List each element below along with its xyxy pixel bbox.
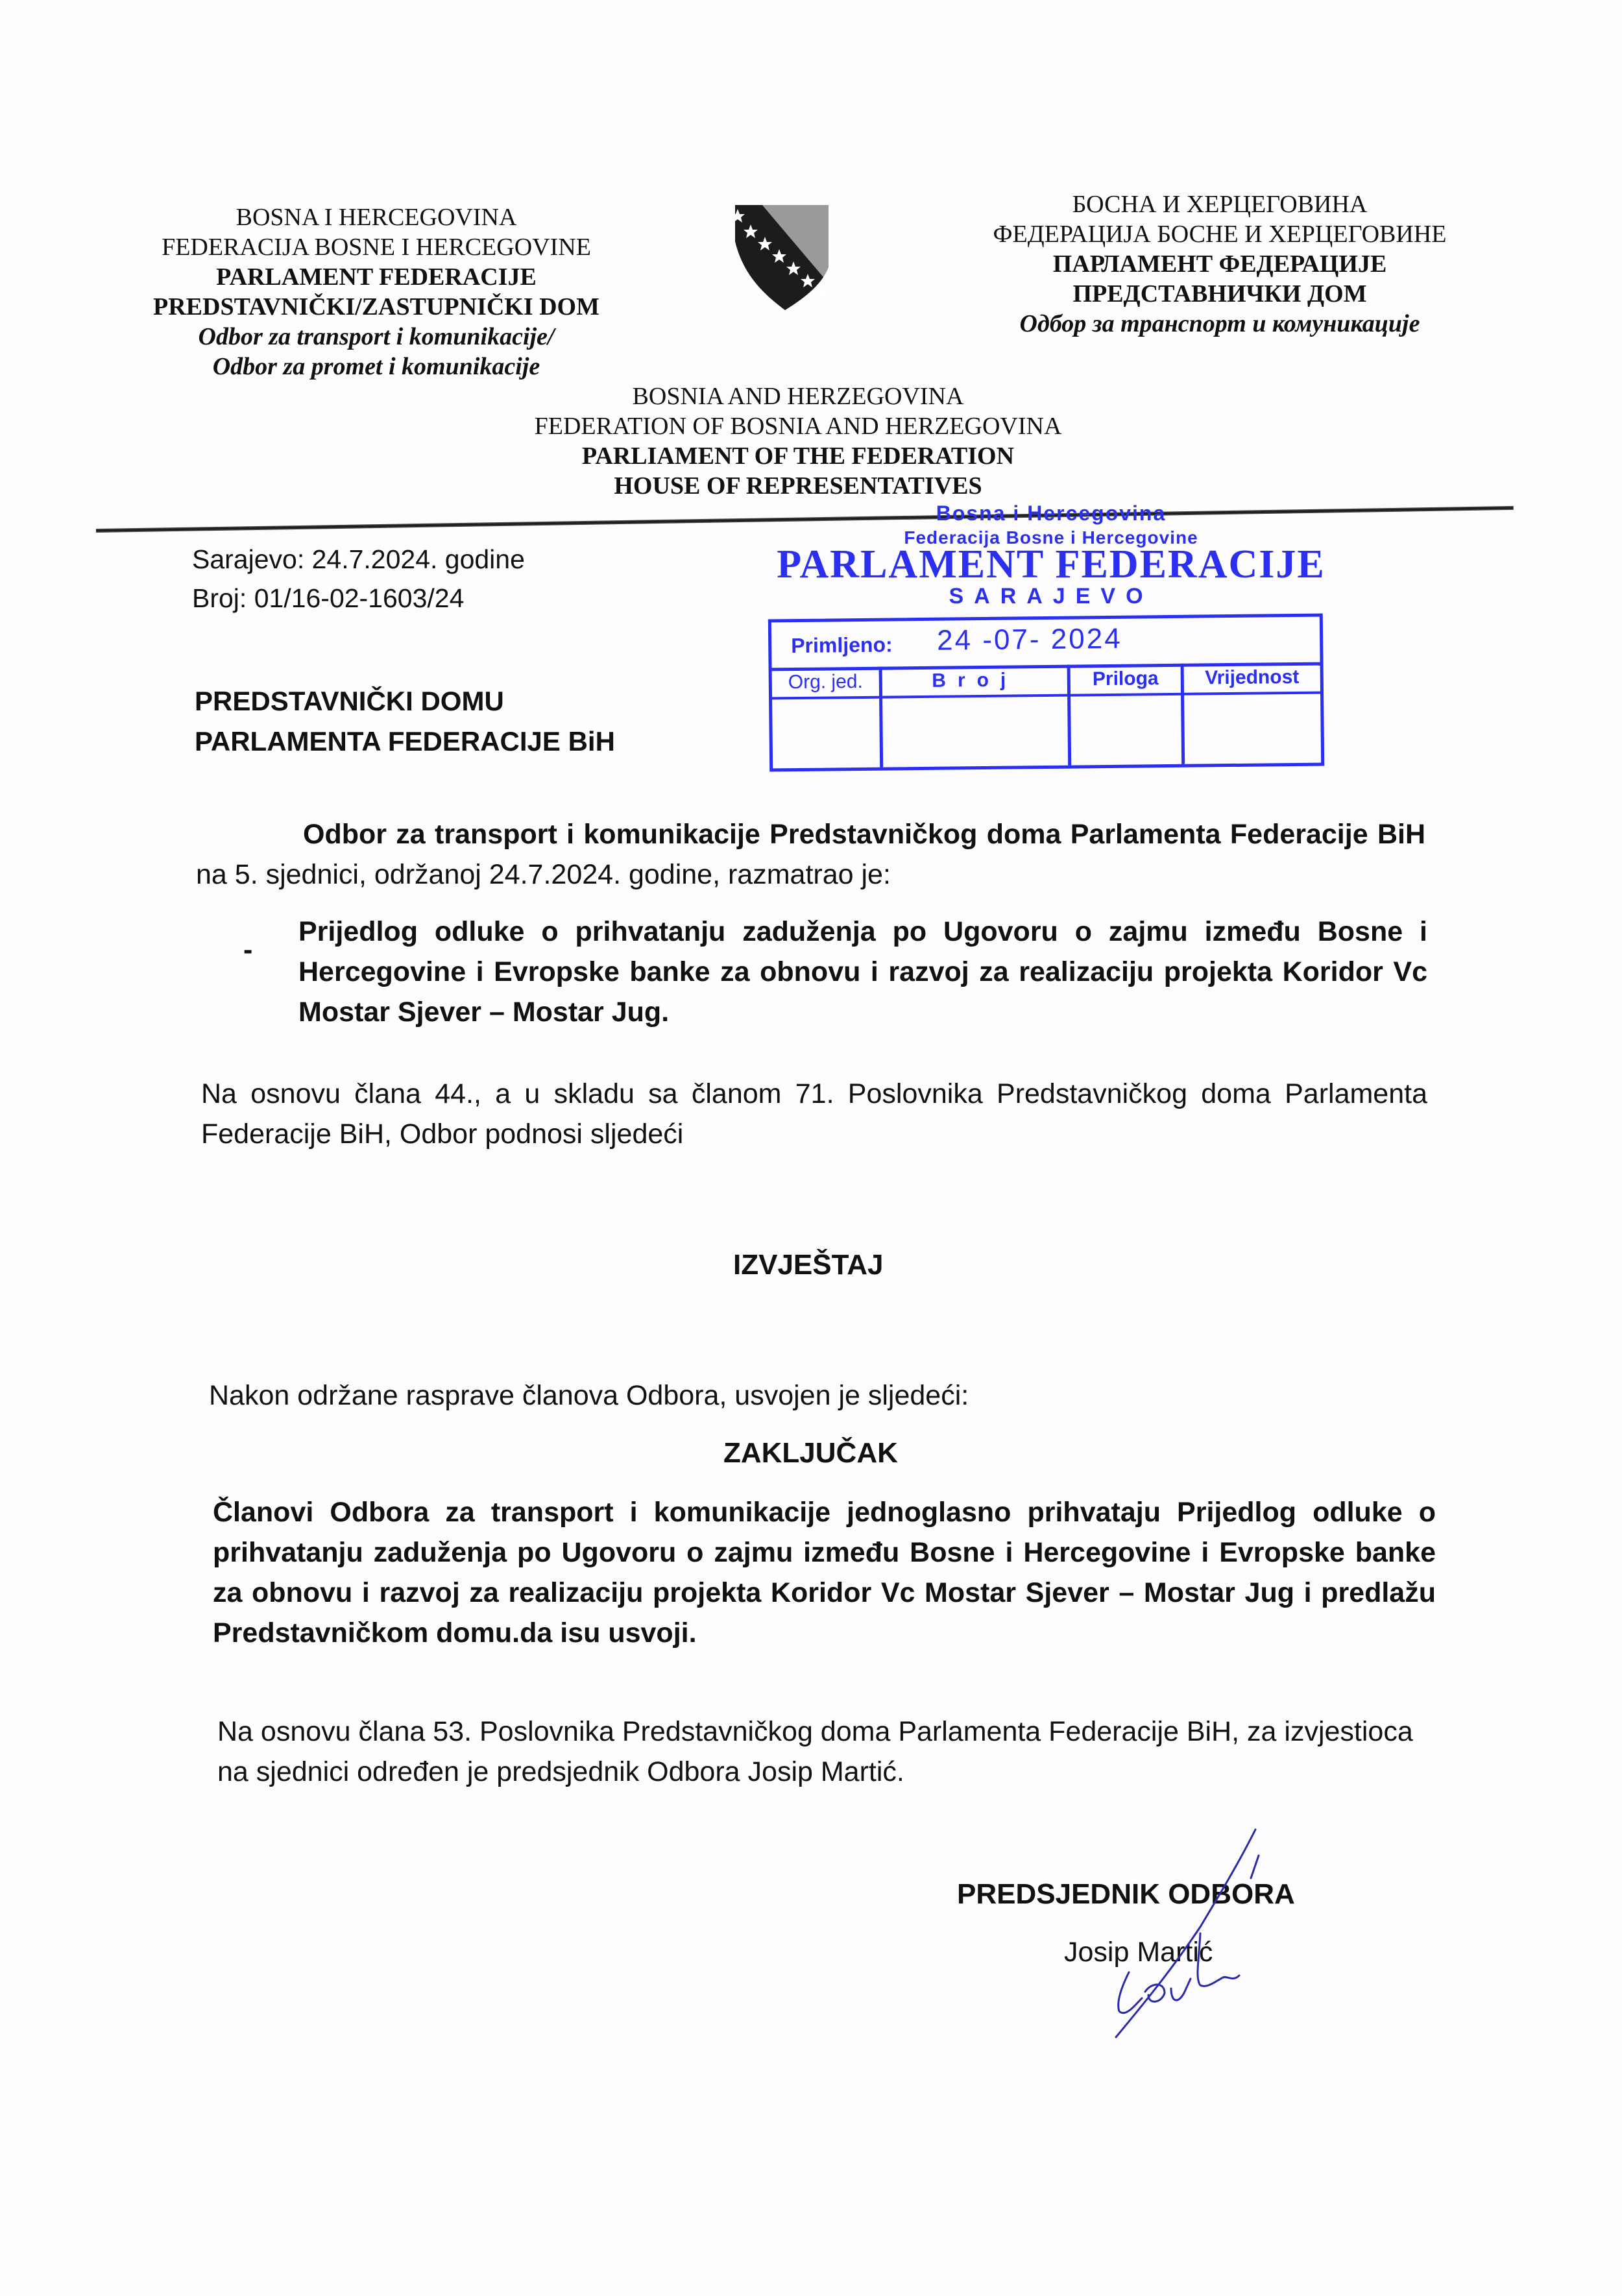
recipient: PREDSTAVNIČKI DOMU PARLAMENTA FEDERACIJE… xyxy=(195,681,615,762)
letterhead-committee-cyr: Одбор за транспорт и комуникације xyxy=(941,309,1499,339)
conclusion-paragraph: Članovi Odbora za transport i komunikaci… xyxy=(213,1492,1436,1653)
bih-coat-of-arms-icon xyxy=(723,196,837,313)
letterhead-english: BOSNIA AND HERZEGOVINA FEDERATION OF BOS… xyxy=(415,381,1181,501)
document-number: Broj: 01/16-02-1603/24 xyxy=(192,579,525,618)
intro-paragraph: Odbor za transport i komunikacije Predst… xyxy=(196,814,1425,895)
stamp-col-org-unit: Org. jed. xyxy=(772,667,884,769)
letterhead-country-cyr: БОСНА И ХЕРЦЕГОВИНА xyxy=(941,189,1499,219)
stamp-columns: Org. jed. Broj Priloga Vrijednost xyxy=(772,662,1322,769)
reception-stamp: Bosna i Hercegovina Federacija Bosne i H… xyxy=(759,487,1343,772)
report-title: IZVJEŠTAJ xyxy=(733,1249,883,1281)
letterhead-parliament-cyr: ПАРЛАМЕНТ ФЕДЕРАЦИЈЕ xyxy=(941,249,1499,279)
handwritten-signature-icon xyxy=(1045,1823,1291,2044)
stamp-received-label: Primljeno: xyxy=(791,633,893,658)
rapporteur-paragraph: Na osnovu člana 53. Poslovnika Predstavn… xyxy=(217,1711,1447,1792)
stamp-received-date: 24 -07- 2024 xyxy=(937,623,1122,657)
letterhead-latin: BOSNA I HERCEGOVINA FEDERACIJA BOSNE I H… xyxy=(97,202,655,381)
recipient-line-2: PARLAMENTA FEDERACIJE BiH xyxy=(195,721,615,762)
after-debate-text: Nakon održane rasprave članova Odbora, u… xyxy=(209,1375,969,1416)
stamp-col-header: Org. jed. xyxy=(772,667,880,700)
letterhead-country-en: BOSNIA AND HERZEGOVINA xyxy=(415,381,1181,411)
letterhead-country: BOSNA I HERCEGOVINA xyxy=(97,202,655,232)
letterhead-cyrillic: БОСНА И ХЕРЦЕГОВИНА ФЕДЕРАЦИЈА БОСНЕ И Х… xyxy=(941,189,1499,339)
letterhead-federation-en: FEDERATION OF BOSNIA AND HERZEGOVINA xyxy=(415,411,1181,441)
letterhead-committee: Odbor za transport i komunikacije/ xyxy=(97,322,655,352)
stamp-col-header: Vrijednost xyxy=(1184,662,1321,695)
stamp-city: SARAJEVO xyxy=(759,584,1343,609)
stamp-table: Primljeno: 24 -07- 2024 Org. jed. Broj P… xyxy=(768,614,1324,772)
place-date: Sarajevo: 24.7.2024. godine xyxy=(192,540,525,579)
intro-rest: na 5. sjednici, održanoj 24.7.2024. godi… xyxy=(196,859,891,890)
stamp-col-number: Broj xyxy=(882,665,1072,767)
letterhead-committee-alt: Odbor za promet i komunikacije xyxy=(97,352,655,381)
stamp-col-header: Priloga xyxy=(1071,664,1181,697)
stamp-col-header: Broj xyxy=(882,665,1067,699)
stamp-col-value: Vrijednost xyxy=(1184,662,1322,764)
stamp-country: Bosna i Hercegovina xyxy=(759,501,1343,526)
letterhead-house: PREDSTAVNIČKI/ZASTUPNIČKI DOM xyxy=(97,292,655,322)
letterhead-house-cyr: ПРЕДСТАВНИЧКИ ДОМ xyxy=(941,279,1499,309)
document-meta: Sarajevo: 24.7.2024. godine Broj: 01/16-… xyxy=(192,540,525,618)
legal-basis-paragraph: Na osnovu člana 44., a u skladu sa člano… xyxy=(201,1074,1427,1154)
letterhead-federation: FEDERACIJA BOSNE I HERCEGOVINE xyxy=(97,232,655,262)
letterhead-parliament-en: PARLIAMENT OF THE FEDERATION xyxy=(415,441,1181,471)
conclusion-title: ZAKLJUČAK xyxy=(723,1437,898,1469)
letterhead-federation-cyr: ФЕДЕРАЦИЈА БОСНЕ И ХЕРЦЕГОВИНЕ xyxy=(941,219,1499,249)
letterhead-parliament: PARLAMENT FEDERACIJE xyxy=(97,262,655,292)
stamp-col-attachments: Priloga xyxy=(1071,664,1185,766)
recipient-line-1: PREDSTAVNIČKI DOMU xyxy=(195,681,615,721)
stamp-parliament: PARLAMENT FEDERACIJE xyxy=(759,542,1343,588)
list-bullet: - xyxy=(243,934,252,966)
agenda-item: Prijedlog odluke o prihvatanju zaduženja… xyxy=(298,912,1427,1032)
intro-committee: Odbor za transport i komunikacije Predst… xyxy=(303,819,1425,850)
